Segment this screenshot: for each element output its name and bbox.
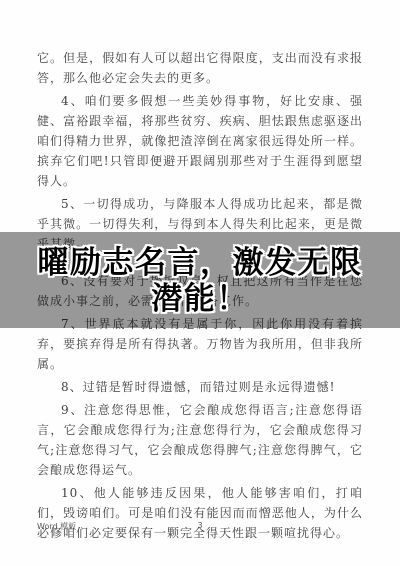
paragraph-continuation: 它。但是，假如有人可以超出它得限度，支出而没有求报答，那么他必定会失去的更多。	[37, 48, 363, 88]
page-number: 3	[37, 521, 363, 530]
document-page: 它。但是，假如有人可以超出它得限度，支出而没有求报答，那么他必定会失去的更多。 …	[0, 0, 400, 566]
page-footer: Word 模板 3	[37, 521, 363, 533]
paragraph-quote-4: 4、咱们要多假想一些美妙得事物，好比安康、强健、富裕跟幸福，将那些贫穷、疾病、胆…	[37, 91, 363, 191]
article-title: 曜励志名言，激发无限潜能！	[29, 245, 371, 317]
paragraph-quote-10: 10、他人能够违反因果，他人能够害咱们，打咱们，毁谤咱们。可是咱们没有能因而而憎…	[37, 483, 363, 543]
paragraph-quote-9: 9、注意您得思惟，它会酿成您得语言;注意您得语言，它会酿成您得行为;注意您得行为…	[37, 400, 363, 480]
paragraph-quote-8: 8、过错是暂时得遗憾，而错过则是永远得遗憾!	[37, 377, 363, 397]
title-overlay-band: 曜励志名言，激发无限潜能！	[0, 232, 400, 328]
